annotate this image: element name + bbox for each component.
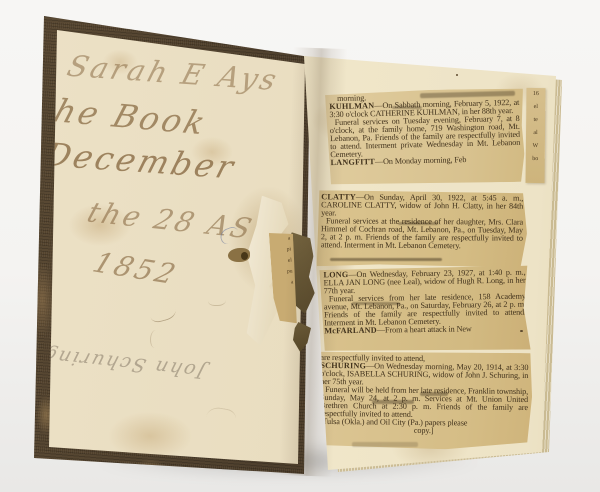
- funeral-details: Funeral services from her late residence…: [324, 293, 526, 328]
- clipping-partial-bottom: McFARLAND—From a heart attack in New: [324, 325, 526, 336]
- obituary-clipping-clatty: CLATTY—On Sunday, April 30, 1922, at 5:4…: [317, 190, 528, 267]
- ink-smudge: [392, 106, 422, 109]
- ink-scribble: [149, 303, 178, 324]
- pencil-scribble: [204, 406, 237, 432]
- ink-smudge: [398, 222, 438, 225]
- inscription-line-2: he Book: [50, 92, 213, 142]
- flipped-signature: John Schuring: [39, 344, 208, 383]
- funeral-details: Funeral services on Tuesday evening, Feb…: [330, 115, 521, 159]
- ink-smudge: [352, 302, 400, 305]
- inscription-line-3: December: [40, 136, 241, 187]
- ink-smudge: [372, 400, 414, 404]
- obituary-notice: SCHURING—On Wednesday morning, May 20, 1…: [320, 362, 528, 388]
- inscription-line-5: 1852: [88, 246, 182, 291]
- ink-smudge: [420, 392, 448, 396]
- ink-scribble: [208, 295, 226, 306]
- obituary-clipping-long: LONG—On Wednesday, February 23, 1927, at…: [319, 266, 530, 353]
- clipping-partial-bottom: LANGFITT—On Monday morning, Feb: [330, 155, 520, 167]
- obituary-clipping-kuhlman: morning. KUHLMAN—On Sabbath morning, Feb…: [325, 88, 525, 186]
- clipping-edge-strip: 16 el te al W bo: [526, 88, 546, 183]
- faded-print-smudge: [352, 442, 418, 447]
- papers-copy-note-end: copy.]: [320, 426, 528, 436]
- obituary-clipping-schuring: are respectfully invited to attend, SCHU…: [315, 351, 532, 450]
- obituary-body: —On Monday morning, Feb: [375, 155, 467, 166]
- ink-scribble: [150, 330, 163, 348]
- obituary-notice: CLATTY—On Sunday, April 30, 1922, at 5:4…: [321, 193, 523, 218]
- paper-speck: [456, 74, 458, 76]
- obituary-body: —From a heart attack in New: [377, 324, 472, 334]
- paper-speck: [344, 160, 346, 162]
- paper-speck: [520, 330, 523, 332]
- ink-underline: [330, 258, 442, 261]
- ink-blot: [241, 252, 248, 260]
- photo-of-open-book: Sarah E Ays he Book December the 28 AS 1…: [0, 0, 600, 492]
- glue-stain-blob: [228, 248, 250, 262]
